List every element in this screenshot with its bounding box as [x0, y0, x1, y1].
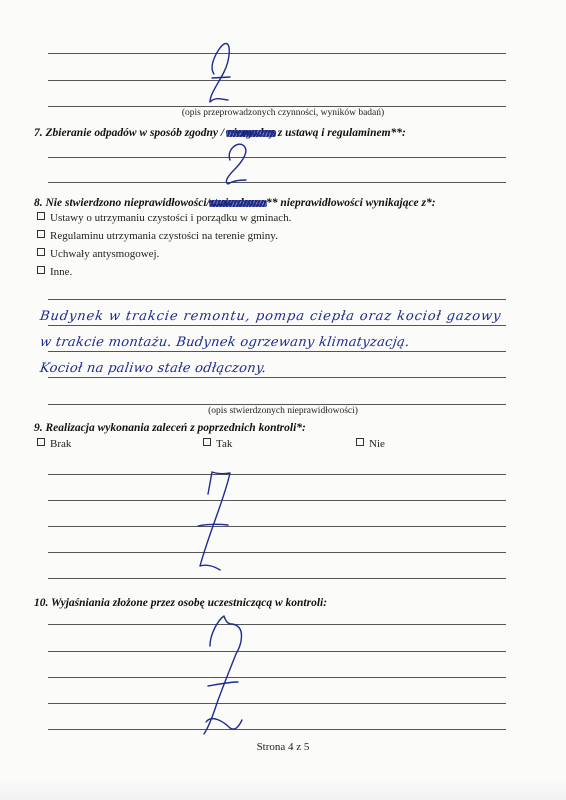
answer-line	[48, 325, 506, 326]
struck-out-word: niezgodny	[227, 127, 275, 139]
page-number: Strona 4 z 5	[0, 741, 566, 753]
checkbox-icon[interactable]	[37, 230, 45, 238]
checkbox-nie[interactable]: Nie	[356, 438, 385, 450]
checkbox-label: Brak	[50, 438, 71, 450]
scan-edge	[0, 780, 566, 800]
checkbox-label: Ustawy o utrzymaniu czystości i porządku…	[50, 212, 291, 224]
z-strike-mark	[200, 614, 270, 744]
checkbox-regulamin[interactable]: Regulaminu utrzymania czystości na teren…	[37, 230, 278, 242]
checkbox-icon[interactable]	[203, 438, 211, 446]
heading-text: z ustawą i regulaminem**:	[275, 127, 406, 139]
section-8-heading: 8. Nie stwierdzono nieprawidłowości/stwi…	[34, 197, 436, 209]
checkbox-label: Uchwały antysmogowej.	[50, 248, 159, 260]
checkbox-icon[interactable]	[37, 248, 45, 256]
answer-line	[48, 729, 506, 730]
checkbox-uchwala[interactable]: Uchwały antysmogowej.	[37, 248, 159, 260]
answer-line	[48, 106, 506, 107]
answer-line	[48, 677, 506, 678]
section-10-heading: 10. Wyjaśniania złożone przez osobę ucze…	[34, 597, 327, 609]
checkbox-icon[interactable]	[37, 266, 45, 274]
checkbox-label: Inne.	[50, 266, 72, 278]
answer-line	[48, 377, 506, 378]
checkbox-label: Nie	[369, 438, 385, 450]
heading-text: 7. Zbieranie odpadów w sposób zgodny /	[34, 127, 227, 139]
checkbox-label: Tak	[216, 438, 232, 450]
answer-line	[48, 578, 506, 579]
z-strike-mark	[200, 42, 250, 112]
answer-line	[48, 703, 506, 704]
heading-text: 8. Nie stwierdzono nieprawidłowości/	[34, 197, 210, 209]
answer-line	[48, 651, 506, 652]
answer-line	[48, 500, 506, 501]
section-8-caption: (opis stwierdzonych nieprawidłowości)	[0, 406, 566, 416]
answer-line	[48, 404, 506, 405]
checkbox-brak[interactable]: Brak	[37, 438, 71, 450]
answer-line	[48, 351, 506, 352]
checkbox-label: Regulaminu utrzymania czystości na teren…	[50, 230, 278, 242]
handwritten-line: Kocioł na paliwo stałe odłączony.	[39, 361, 267, 376]
answer-line	[48, 299, 506, 300]
struck-out-word: stwierdzono	[210, 197, 266, 209]
section-6-caption: (opis przeprowadzonych czynności, wynikó…	[0, 108, 566, 118]
z-strike-mark	[190, 470, 260, 580]
answer-line	[48, 182, 506, 183]
checkbox-icon[interactable]	[37, 212, 45, 220]
answer-line	[48, 157, 506, 158]
handwritten-line: Budynek w trakcie remontu, pompa ciepła …	[39, 309, 502, 324]
checkbox-inne[interactable]: Inne.	[37, 266, 72, 278]
answer-line	[48, 624, 506, 625]
answer-line	[48, 526, 506, 527]
answer-line	[48, 552, 506, 553]
checkbox-tak[interactable]: Tak	[203, 438, 232, 450]
checkbox-ustawa[interactable]: Ustawy o utrzymaniu czystości i porządku…	[37, 212, 291, 224]
section-9-heading: 9. Realizacja wykonania zaleceń z poprze…	[34, 422, 306, 434]
answer-line	[48, 53, 506, 54]
checkbox-icon[interactable]	[356, 438, 364, 446]
answer-line	[48, 80, 506, 81]
checkbox-icon[interactable]	[37, 438, 45, 446]
heading-text: ** nieprawidłowości wynikające z*:	[266, 197, 436, 209]
handwritten-line: w trakcie montażu. Budynek ogrzewany kli…	[39, 335, 411, 350]
section-7-heading: 7. Zbieranie odpadów w sposób zgodny / n…	[34, 127, 406, 139]
z-strike-mark	[222, 140, 262, 190]
answer-line	[48, 474, 506, 475]
